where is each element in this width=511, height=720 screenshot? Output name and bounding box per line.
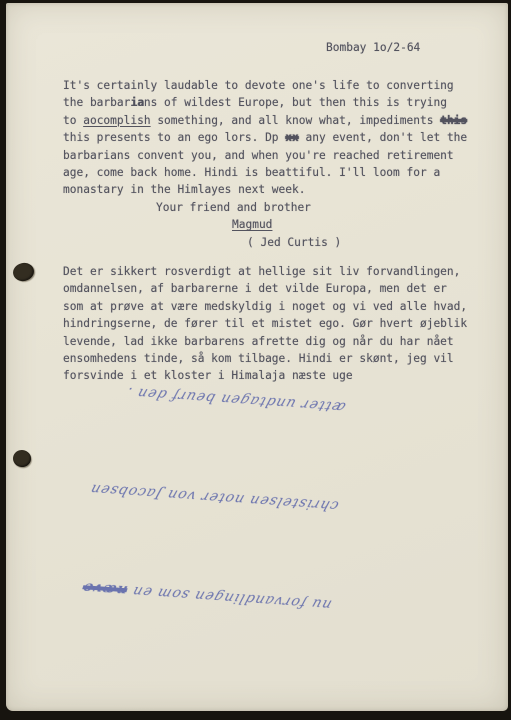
handwriting-line-2: christelsen noter von Jacobsen: [4, 466, 344, 521]
struck-out-letters: xx: [285, 131, 298, 144]
english-line-2-post: ns of wildest Europe, but then this is t…: [144, 96, 447, 109]
english-line-5: barbarians convent you, and when you're …: [63, 147, 467, 164]
english-line-3-pre: to: [63, 114, 83, 127]
underlined-word-aocomplish: aocomplish: [83, 114, 150, 127]
english-line-6: age, come back home. Hindi is beattiful.…: [63, 164, 467, 181]
danish-line-2: omdannelsen, af barbarerne i det vilde E…: [63, 280, 467, 297]
english-paragraph: It's certainly laudable to devote one's …: [63, 77, 467, 199]
signature-name: Magmud: [232, 216, 272, 233]
english-line-1: It's certainly laudable to devote one's …: [63, 77, 467, 94]
english-line-3: to aocomplish something, and all know wh…: [63, 112, 467, 129]
english-line-7: monastary in the Himlayes next week.: [63, 181, 467, 198]
handwritten-annotation-upside-down: nu forvandlingen som en næve christelsen…: [0, 552, 334, 687]
handwriting-line-1: nu forvandlingen som en næve: [0, 565, 337, 620]
english-line-2-pre: the barbar: [63, 96, 130, 109]
english-line-4-pre: this presents to an ego lors. Dp: [63, 131, 285, 144]
english-line-2: the barbarians of wildest Europe, but th…: [63, 94, 467, 111]
date-line: Bombay 1o/2-64: [326, 39, 420, 56]
handwriting-scribbled-word: næve: [80, 579, 129, 598]
signature-real-name: ( Jed Curtis ): [247, 234, 341, 251]
english-line-3-mid: something, and all know what, impediment…: [151, 114, 441, 127]
handwriting-line-1-text: nu forvandlingen som en: [124, 582, 333, 612]
overtyped-letters: ia: [130, 96, 143, 109]
english-line-4-post: any event, don't let the: [299, 131, 467, 144]
struck-out-word: this: [440, 114, 467, 127]
scanned-letter-page: Bombay 1o/2-64 It's certainly laudable t…: [6, 3, 508, 711]
closing-line: Your friend and brother: [156, 199, 311, 216]
handwriting-line-3: ætter undtagen beurf den .: [11, 367, 351, 422]
danish-line-1: Det er sikkert rosverdigt at hellige sit…: [63, 263, 467, 280]
english-line-4: this presents to an ego lors. Dp xx any …: [63, 129, 467, 146]
